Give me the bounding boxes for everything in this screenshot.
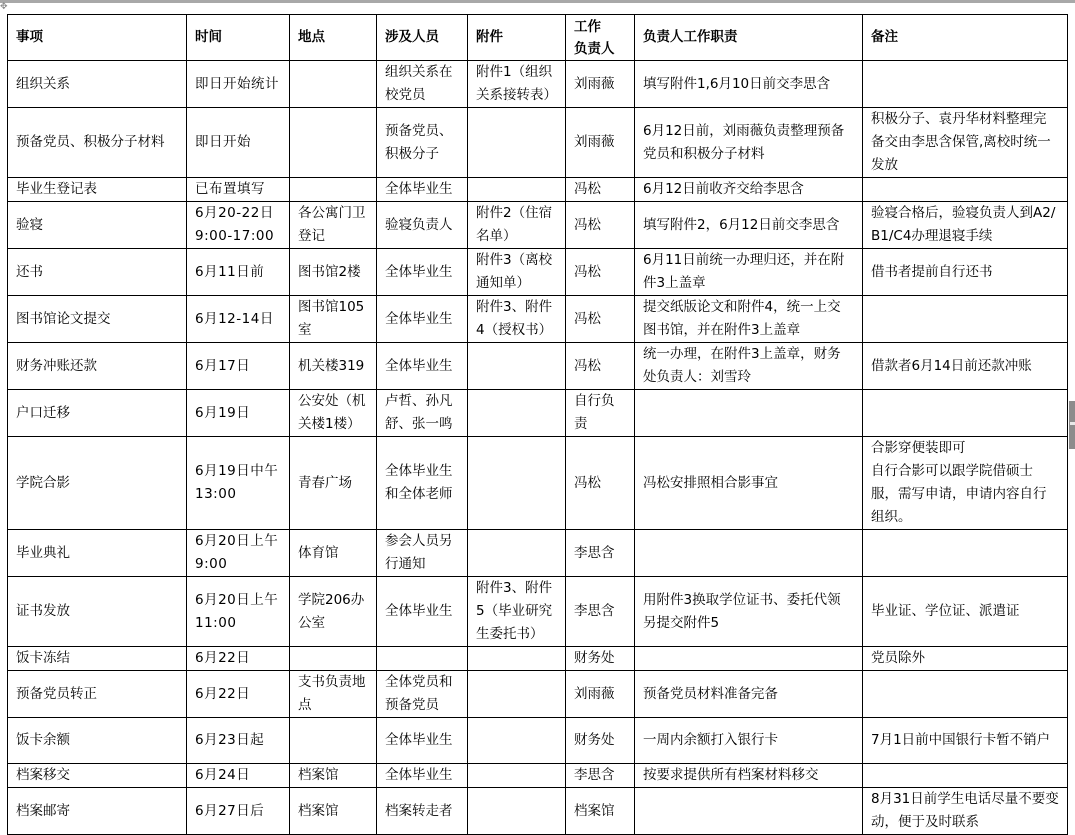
place-cell: 青春广场 [290,437,377,530]
table-row: 预备党员、积极分子材料即日开始预备党员、积极分子刘雨薇6月12日前，刘雨薇负责整… [8,108,1068,178]
attachment-cell [468,718,566,764]
place-cell [290,647,377,671]
attachment-cell: 附件1（组织关系接转表） [468,61,566,108]
header-item: 事项 [8,15,187,61]
owner-cell: 冯松 [566,178,635,202]
item-cell: 预备党员、积极分子材料 [8,108,187,178]
table-row: 图书馆论文提交6月12-14日图书馆105室全体毕业生附件3、附件4（授权书）冯… [8,296,1068,343]
people-cell: 全体毕业生 [377,296,468,343]
owner-cell: 档案馆 [566,788,635,820]
owner-cell: 冯松 [566,249,635,296]
owner-cell: 财务处 [566,718,635,764]
owner-cell: 刘雨薇 [566,671,635,718]
table-move-handle-icon[interactable]: ✥ [0,2,10,12]
people-cell: 全体毕业生 [377,343,468,390]
item-cell: 档案邮寄 [8,788,187,820]
header-owner: 工作负责人 [566,15,635,61]
duty-cell: 预备党员材料准备完备 [635,671,863,718]
table-row: 证书发放6月20日上午11:00学院206办公室全体毕业生附件3、附件5（毕业研… [8,577,1068,647]
place-cell: 图书馆2楼 [290,249,377,296]
attachment-cell: 附件3（离校通知单） [468,249,566,296]
table-row: 预备党员转正6月22日支书负责地点全体党员和预备党员刘雨薇预备党员材料准备完备 [8,671,1068,718]
place-cell: 档案馆 [290,764,377,788]
time-cell: 6月19日 [187,390,290,437]
time-cell: 6月22日 [187,671,290,718]
note-cell: 8月31日前学生电话尽量不要变动，便于及时联系 [863,788,1068,820]
time-cell: 6月23日起 [187,718,290,764]
table-row: 毕业生登记表已布置填写全体毕业生冯松6月12日前收齐交给李思含 [8,178,1068,202]
note-cell [863,764,1068,788]
time-cell: 6月20日上午9:00 [187,530,290,577]
note-cell [863,296,1068,343]
attachment-cell [468,343,566,390]
people-cell: 全体毕业生 [377,764,468,788]
item-cell: 毕业生登记表 [8,178,187,202]
place-cell: 图书馆105室 [290,296,377,343]
people-cell: 全体毕业生和全体老师 [377,437,468,530]
time-cell: 6月19日中午13:00 [187,437,290,530]
people-cell: 全体毕业生 [377,718,468,764]
time-cell: 6月12-14日 [187,296,290,343]
people-cell: 全体毕业生 [377,178,468,202]
duty-cell: 6月12日前收齐交给李思含 [635,178,863,202]
place-cell: 学院206办公室 [290,577,377,647]
people-cell: 全体党员和预备党员 [377,671,468,718]
owner-cell: 冯松 [566,343,635,390]
attachment-cell [468,647,566,671]
place-cell: 各公寓门卫登记 [290,202,377,249]
table-row: 组织关系即日开始统计组织关系在校党员附件1（组织关系接转表）刘雨薇填写附件1,6… [8,61,1068,108]
time-cell: 6月24日 [187,764,290,788]
duty-cell [635,788,863,820]
window-top-border [0,0,1075,3]
people-cell: 档案转走者 [377,788,468,820]
attachment-cell: 附件3、附件5（毕业研究生委托书） [468,577,566,647]
graduation-schedule-table: 事项 时间 地点 涉及人员 附件 工作负责人 负责人工作职责 备注 组织关系即日… [7,14,1068,819]
duty-cell: 提交纸版论文和附件4，统一上交图书馆，并在附件3上盖章 [635,296,863,343]
note-cell: 党员除外 [863,647,1068,671]
time-cell: 6月20日上午11:00 [187,577,290,647]
people-cell: 预备党员、积极分子 [377,108,468,178]
side-scroll-tab[interactable] [1069,401,1075,449]
place-cell [290,178,377,202]
item-cell: 还书 [8,249,187,296]
people-cell: 全体毕业生 [377,249,468,296]
header-attachment: 附件 [468,15,566,61]
place-cell: 公安处（机关楼1楼） [290,390,377,437]
note-cell: 积极分子、袁丹华材料整理完备交由李思含保管,离校时统一发放 [863,108,1068,178]
note-cell [863,530,1068,577]
attachment-cell [468,530,566,577]
attachment-cell [468,390,566,437]
place-cell: 体育馆 [290,530,377,577]
time-cell: 6月22日 [187,647,290,671]
duty-cell [635,390,863,437]
header-owner-line2: 负责人 [574,41,615,57]
item-cell: 饭卡冻结 [8,647,187,671]
note-cell: 借书者提前自行还书 [863,249,1068,296]
table-row: 户口迁移6月19日公安处（机关楼1楼）卢哲、孙凡舒、张一鸣自行负责 [8,390,1068,437]
note-cell: 借款者6月14日前还款冲账 [863,343,1068,390]
duty-cell: 按要求提供所有档案材料移交 [635,764,863,788]
header-owner-line1: 工作 [574,19,601,35]
owner-cell: 冯松 [566,437,635,530]
duty-cell: 6月12日前，刘雨薇负责整理预备党员和积极分子材料 [635,108,863,178]
duty-cell: 冯松安排照相合影事宜 [635,437,863,530]
owner-cell: 冯松 [566,202,635,249]
attachment-cell [468,788,566,820]
header-note: 备注 [863,15,1068,61]
owner-cell: 李思含 [566,764,635,788]
table-row: 饭卡余额6月23日起全体毕业生财务处一周内余额打入银行卡7月1日前中国银行卡暂不… [8,718,1068,764]
place-cell: 支书负责地点 [290,671,377,718]
time-cell: 6月11日前 [187,249,290,296]
attachment-cell [468,108,566,178]
place-cell: 机关楼319 [290,343,377,390]
item-cell: 验寝 [8,202,187,249]
item-cell: 毕业典礼 [8,530,187,577]
note-cell [863,61,1068,108]
owner-cell: 冯松 [566,296,635,343]
duty-cell [635,530,863,577]
table-row: 毕业典礼6月20日上午9:00体育馆参会人员另行通知李思含 [8,530,1068,577]
item-cell: 预备党员转正 [8,671,187,718]
people-cell: 组织关系在校党员 [377,61,468,108]
attachment-cell [468,178,566,202]
item-cell: 图书馆论文提交 [8,296,187,343]
duty-cell: 填写附件1,6月10日前交李思含 [635,61,863,108]
duty-cell: 填写附件2，6月12日前交李思含 [635,202,863,249]
attachment-cell [468,437,566,530]
attachment-cell: 附件3、附件4（授权书） [468,296,566,343]
owner-cell: 刘雨薇 [566,61,635,108]
header-people: 涉及人员 [377,15,468,61]
item-cell: 饭卡余额 [8,718,187,764]
table-row: 档案邮寄6月27日后档案馆档案转走者档案馆8月31日前学生电话尽量不要变动，便于… [8,788,1068,820]
note-cell [863,671,1068,718]
note-cell [863,178,1068,202]
duty-cell [635,647,863,671]
header-place: 地点 [290,15,377,61]
owner-cell: 财务处 [566,647,635,671]
place-cell [290,108,377,178]
owner-cell: 李思含 [566,577,635,647]
time-cell: 6月20-22日 9:00-17:00 [187,202,290,249]
time-cell: 6月17日 [187,343,290,390]
item-cell: 户口迁移 [8,390,187,437]
time-cell: 6月27日后 [187,788,290,820]
table-row: 还书6月11日前图书馆2楼全体毕业生附件3（离校通知单）冯松6月11日前统一办理… [8,249,1068,296]
place-cell [290,718,377,764]
table-row: 档案移交6月24日档案馆全体毕业生李思含按要求提供所有档案材料移交 [8,764,1068,788]
table-row: 学院合影6月19日中午13:00青春广场全体毕业生和全体老师冯松冯松安排照相合影… [8,437,1068,530]
header-duty: 负责人工作职责 [635,15,863,61]
place-cell [290,61,377,108]
item-cell: 组织关系 [8,61,187,108]
duty-cell: 6月11日前统一办理归还，并在附件3上盖章 [635,249,863,296]
table-row: 饭卡冻结6月22日财务处党员除外 [8,647,1068,671]
duty-cell: 用附件3换取学位证书、委托代领另提交附件5 [635,577,863,647]
header-row: 事项 时间 地点 涉及人员 附件 工作负责人 负责人工作职责 备注 [8,15,1068,61]
people-cell: 验寝负责人 [377,202,468,249]
note-cell: 毕业证、学位证、派遣证 [863,577,1068,647]
table-row: 验寝6月20-22日 9:00-17:00各公寓门卫登记验寝负责人附件2（住宿名… [8,202,1068,249]
owner-cell: 刘雨薇 [566,108,635,178]
header-time: 时间 [187,15,290,61]
people-cell [377,647,468,671]
time-cell: 已布置填写 [187,178,290,202]
item-cell: 档案移交 [8,764,187,788]
owner-cell: 自行负责 [566,390,635,437]
item-cell: 财务冲账还款 [8,343,187,390]
note-cell: 合影穿便装即可 自行合影可以跟学院借硕士服，需写申请，申请内容自行组织。 [863,437,1068,530]
time-cell: 即日开始 [187,108,290,178]
people-cell: 卢哲、孙凡舒、张一鸣 [377,390,468,437]
note-cell [863,390,1068,437]
note-cell: 验寝合格后，验寝负责人到A2/B1/C4办理退寝手续 [863,202,1068,249]
table-row: 财务冲账还款6月17日机关楼319全体毕业生冯松统一办理，在附件3上盖章，财务处… [8,343,1068,390]
attachment-cell [468,671,566,718]
attachment-cell: 附件2（住宿名单） [468,202,566,249]
attachment-cell [468,764,566,788]
owner-cell: 李思含 [566,530,635,577]
item-cell: 学院合影 [8,437,187,530]
duty-cell: 统一办理，在附件3上盖章，财务处负责人：刘雪玲 [635,343,863,390]
place-cell: 档案馆 [290,788,377,820]
people-cell: 全体毕业生 [377,577,468,647]
people-cell: 参会人员另行通知 [377,530,468,577]
note-cell: 7月1日前中国银行卡暂不销户 [863,718,1068,764]
item-cell: 证书发放 [8,577,187,647]
duty-cell: 一周内余额打入银行卡 [635,718,863,764]
time-cell: 即日开始统计 [187,61,290,108]
